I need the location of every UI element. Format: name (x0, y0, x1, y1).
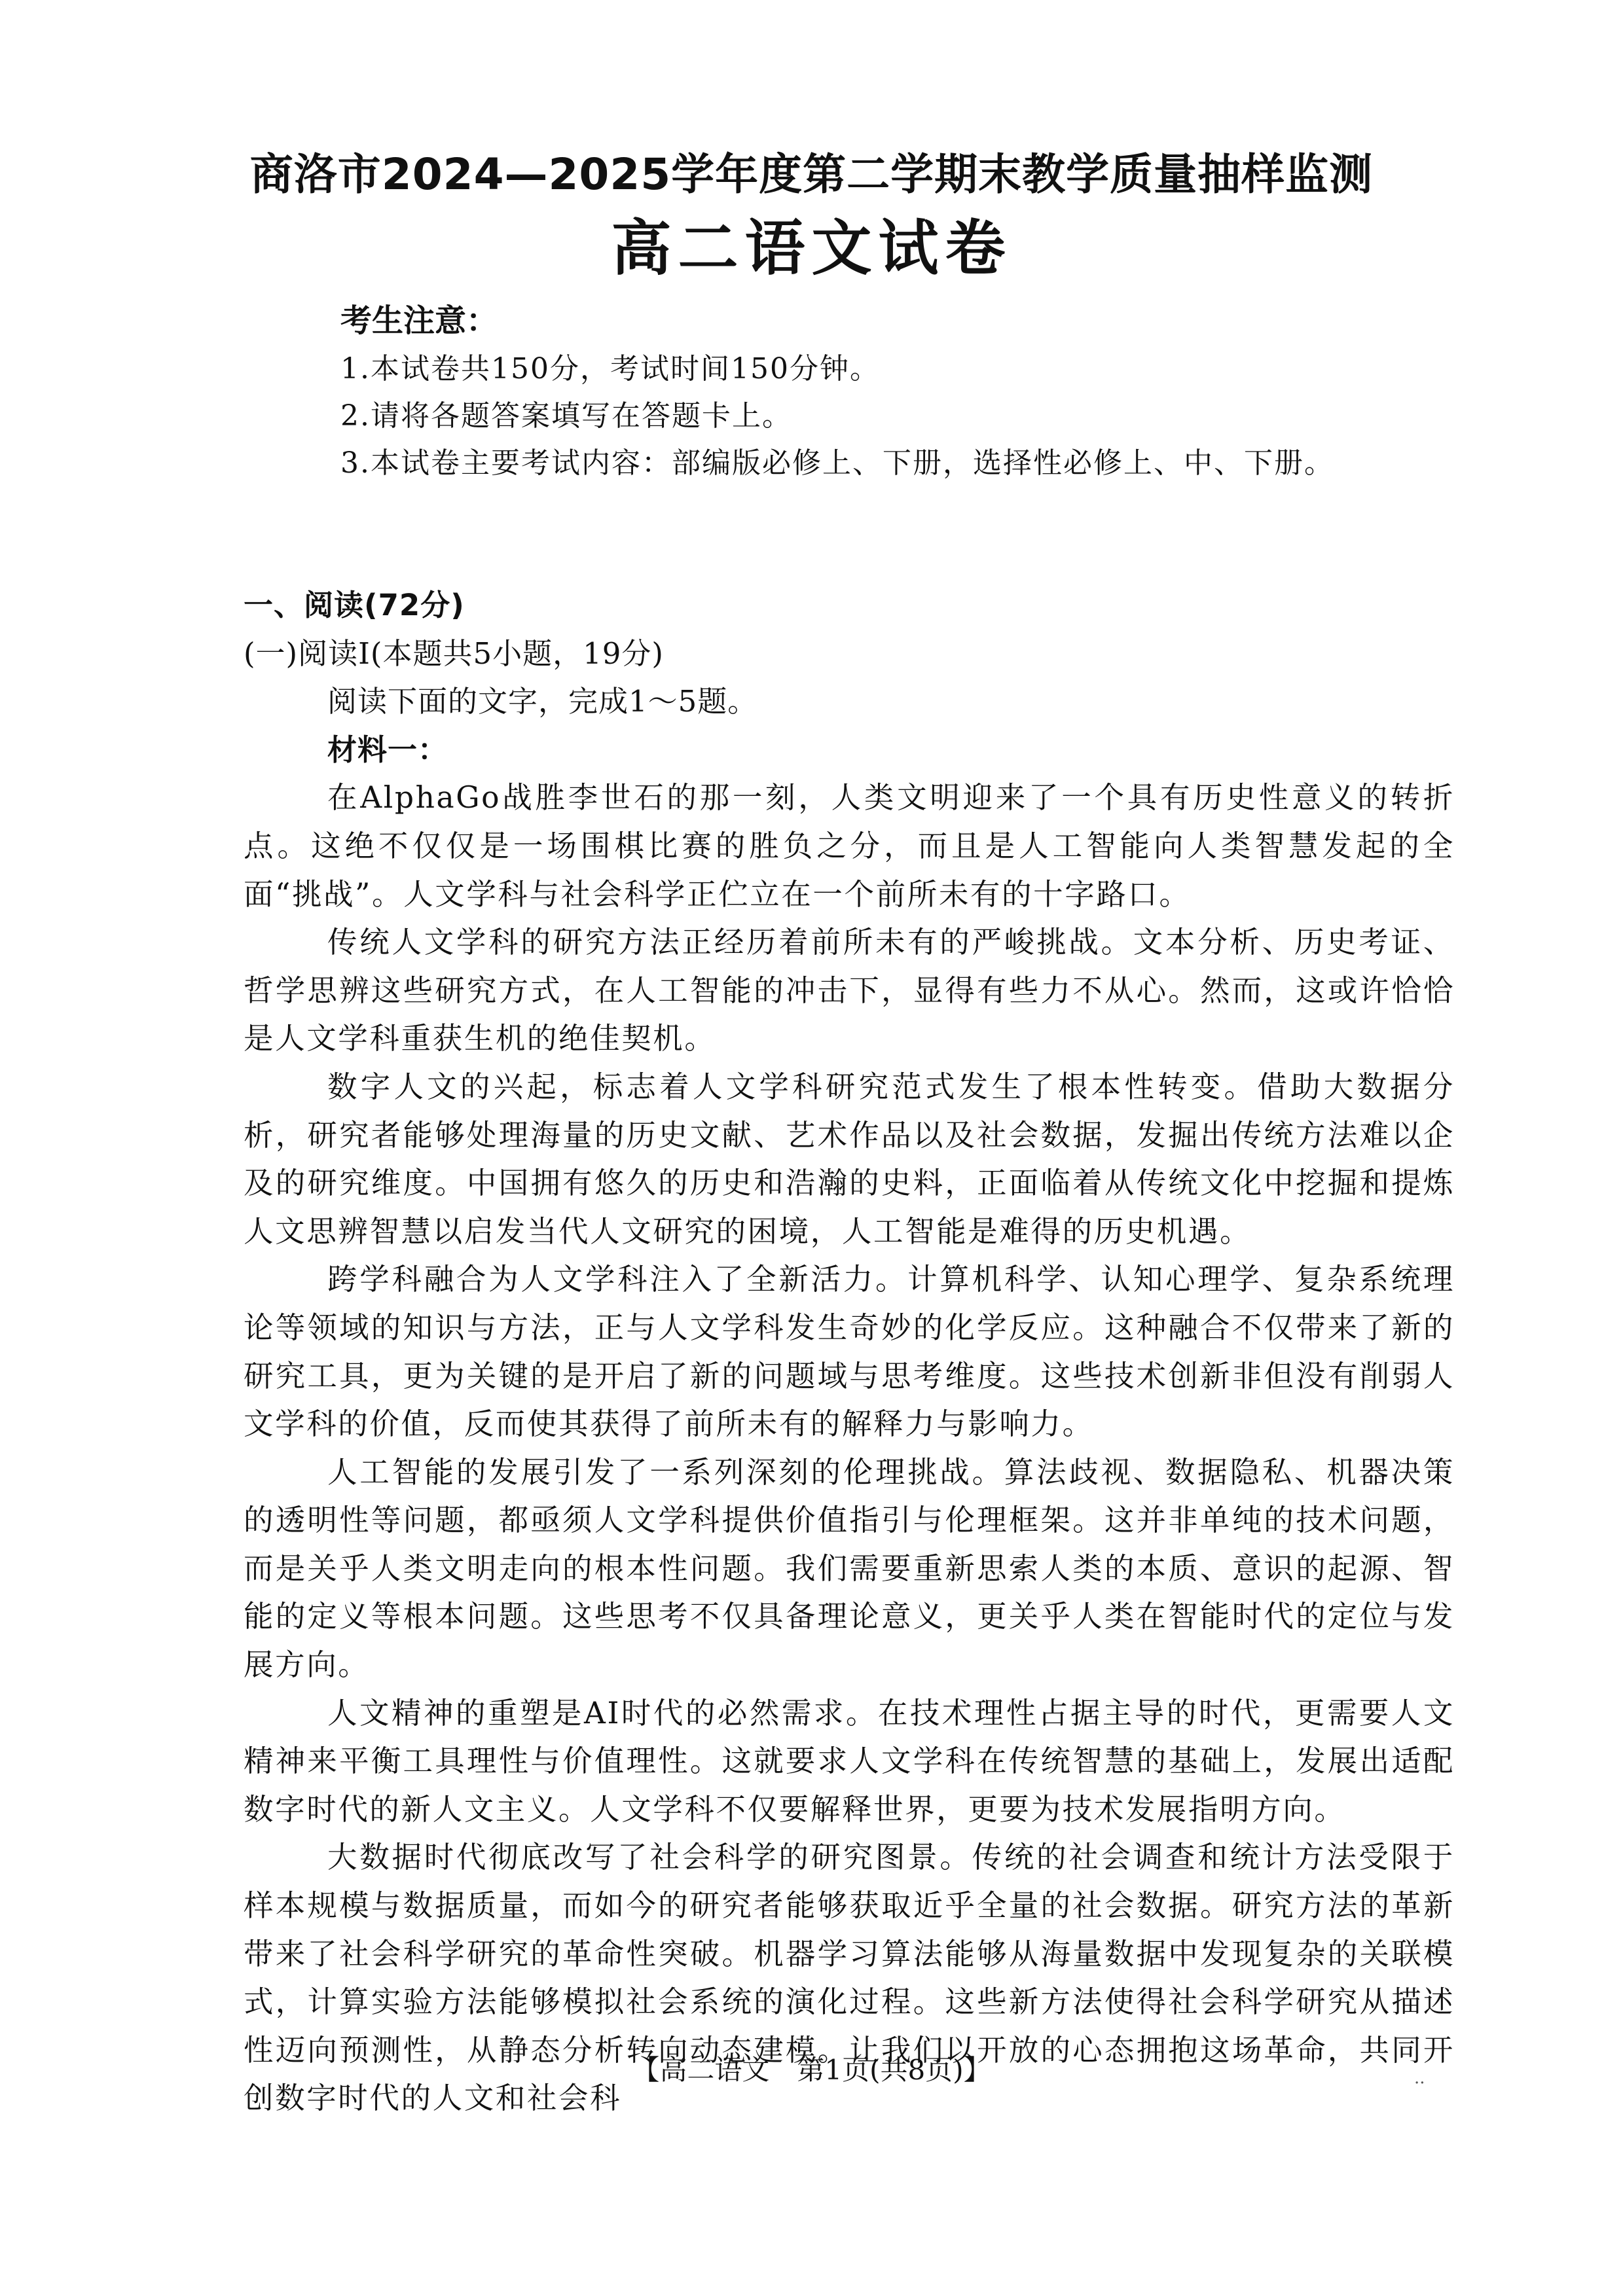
page-footer: 【高二语文 第1页(共8页)】 (0, 2047, 1623, 2093)
exam-body: 一、阅读(72分) (一)阅读Ⅰ(本题共5小题，19分) 阅读下面的文字，完成1… (244, 581, 1455, 2123)
exam-title-line2: 高二语文试卷 (0, 209, 1623, 288)
notice-heading: 考生注意： (340, 296, 1334, 346)
part-title: 一、阅读(72分) (244, 581, 1455, 630)
notice-item: 2.请将各题答案填写在答题卡上。 (340, 393, 1334, 440)
reading-instruction: 阅读下面的文字，完成1～5题。 (244, 677, 1455, 726)
candidate-notice: 考生注意： 1.本试卷共150分，考试时间150分钟。 2.请将各题答案填写在答… (340, 296, 1334, 487)
sub-section-title: (一)阅读Ⅰ(本题共5小题，19分) (244, 630, 1455, 678)
passage-paragraph: 传统人文学科的研究方法正经历着前所未有的严峻挑战。文本分析、历史考证、哲学思辨这… (244, 918, 1455, 1063)
exam-title-line1: 商洛市2024—2025学年度第二学期末教学质量抽样监测 (0, 145, 1623, 204)
notice-item: 3.本试卷主要考试内容：部编版必修上、下册，选择性必修上、中、下册。 (340, 440, 1334, 487)
passage-paragraph: 人文精神的重塑是AI时代的必然需求。在技术理性占据主导的时代，更需要人文精神来平… (244, 1689, 1455, 1834)
passage-paragraph: 数字人文的兴起，标志着人文学科研究范式发生了根本性转变。借助大数据分析，研究者能… (244, 1063, 1455, 1255)
corner-mark: ·· (1414, 2073, 1425, 2093)
passage-paragraph: 在AlphaGo战胜李世石的那一刻，人类文明迎来了一个具有历史性意义的转折点。这… (244, 774, 1455, 918)
material-label: 材料一： (244, 726, 1455, 774)
passage-paragraph: 跨学科融合为人文学科注入了全新活力。计算机科学、认知心理学、复杂系统理论等领域的… (244, 1255, 1455, 1448)
passage-paragraph: 人工智能的发展引发了一系列深刻的伦理挑战。算法歧视、数据隐私、机器决策的透明性等… (244, 1448, 1455, 1689)
notice-item: 1.本试卷共150分，考试时间150分钟。 (340, 346, 1334, 393)
